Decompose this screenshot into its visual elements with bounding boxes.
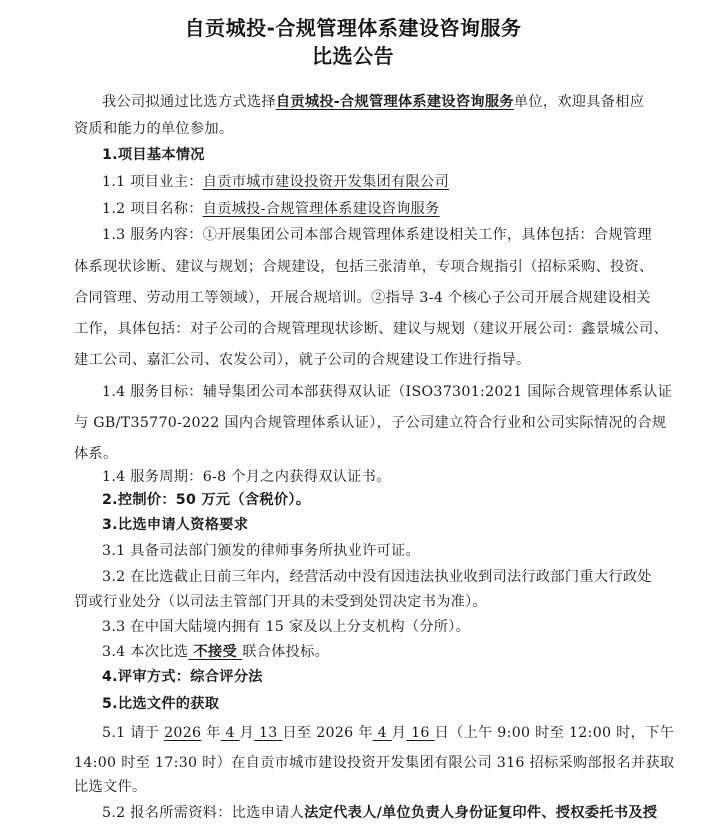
intro-paragraph: 我公司拟通过比选方式选择自贡城投-合规管理体系建设咨询服务单位，欢迎具备相应 <box>102 91 687 111</box>
project-owner: 1.1 项目业主：自贡市城市建设投资开发集团有限公司 <box>102 171 687 191</box>
text: 日（上午 9:00 时至 12:00 时，下午 <box>435 725 675 741</box>
item4-post: 联合体投标。 <box>242 644 329 660</box>
end-month: 4 <box>373 725 392 741</box>
name-value: 自贡城投-合规管理体系建设咨询服务 <box>203 201 440 217</box>
service-goal-line: 与 GB/T35770-2022 国内合规管理体系认证），子公司建立符合行业和公… <box>74 412 659 432</box>
service-content-line: 建工公司、嘉汇公司、农发公司），就子公司的合规建设工作进行指导。 <box>74 349 659 369</box>
qualification-item: 3.4 本次比选 不接受 联合体投标。 <box>102 641 687 661</box>
start-year: 2026 <box>164 725 201 741</box>
start-day: 13 <box>254 725 282 741</box>
service-content-line: 体系现状诊断、建议与规划；合规建设，包括三张清单，专项合规指引（招标采购、投资、 <box>74 256 659 276</box>
text: 月 <box>392 725 407 741</box>
owner-value: 自贡市城市建设投资开发集团有限公司 <box>203 174 449 190</box>
intro-continuation: 资质和能力的单位参加。 <box>74 118 659 138</box>
qualification-item: 3.2 在比选截止日前三年内，经营活动中没有因违法执业收到司法行政部门重大行政处 <box>102 566 687 586</box>
announcement-document: 自贡城投-合规管理体系建设咨询服务 比选公告 我公司拟通过比选方式选择自贡城投-… <box>0 0 706 824</box>
text: 5.1 请于 <box>102 725 164 741</box>
name-label: 1.2 项目名称： <box>102 201 203 217</box>
qualification-item: 3.1 具备司法部门颁发的律师事务所执业许可证。 <box>102 540 687 560</box>
service-content-line: 工作，具体包括：对子公司的合规管理现状诊断、建议与规划（建议开展公司：鑫景城公司… <box>74 318 659 338</box>
document-subtitle: 比选公告 <box>0 40 706 69</box>
start-month: 4 <box>221 725 240 741</box>
service-content-line: 合同管理、劳动用工等领域），开展合规培训。②指导 3-4 个核心子公司开展合规建… <box>74 287 659 307</box>
service-goal-line: 体系。 <box>74 443 659 463</box>
materials-bold: 法定代表人/单位负责人身份证复印件、授权委托书及授 <box>304 805 657 821</box>
qualification-item-cont: 罚或行业处分（以司法主管部门开具的未受到处罚决定书为准）。 <box>74 591 659 611</box>
acquisition-location: 14:00 时至 17:30 时）在自贡市城市建设投资开发集团有限公司 316 … <box>74 752 659 772</box>
end-day: 16 <box>406 725 434 741</box>
section5-heading: 5.比选文件的获取 <box>102 693 687 713</box>
text: 年 <box>201 725 220 741</box>
intro-text: 我公司拟通过比选方式选择 <box>102 94 276 110</box>
acquisition-cont: 比选文件。 <box>74 776 659 796</box>
service-period: 1.4 服务周期：6-8 个月之内获得双认证书。 <box>102 466 687 486</box>
section3-heading: 3.比选申请人资格要求 <box>102 514 687 534</box>
owner-label: 1.1 项目业主： <box>102 174 203 190</box>
intro-project-name: 自贡城投-合规管理体系建设咨询服务 <box>276 94 514 110</box>
project-name: 1.2 项目名称：自贡城投-合规管理体系建设咨询服务 <box>102 198 687 218</box>
text: 月 <box>240 725 255 741</box>
qualification-item: 3.3 在中国大陆境内拥有 15 家及以上分支机构（分所）。 <box>102 616 687 636</box>
section4-heading: 4.评审方式：综合评分法 <box>102 666 687 686</box>
acquisition-time: 5.1 请于 2026 年 4 月 13 日至 2026 年 4 月 16 日（… <box>102 722 687 742</box>
service-goal-line: 1.4 服务目标：辅导集团公司本部获得双认证（ISO37301:2021 国际合… <box>102 381 687 401</box>
intro-text-post: 单位，欢迎具备相应 <box>514 94 644 110</box>
required-materials: 5.2 报名所需资料：比选申请人法定代表人/单位负责人身份证复印件、授权委托书及… <box>102 802 687 822</box>
document-title: 自贡城投-合规管理体系建设咨询服务 <box>0 12 706 41</box>
materials-pre: 5.2 报名所需资料：比选申请人 <box>102 805 304 821</box>
text: 日至 2026 年 <box>282 725 372 741</box>
item4-pre: 3.4 本次比选 <box>102 644 188 660</box>
section1-heading: 1.项目基本情况 <box>102 144 687 164</box>
item4-value: 不接受 <box>188 644 242 660</box>
section2-heading: 2.控制价：50 万元（含税价）。 <box>102 489 687 509</box>
service-content-line: 1.3 服务内容：①开展集团公司本部合规管理体系建设相关工作，具体包括：合规管理 <box>102 224 687 244</box>
